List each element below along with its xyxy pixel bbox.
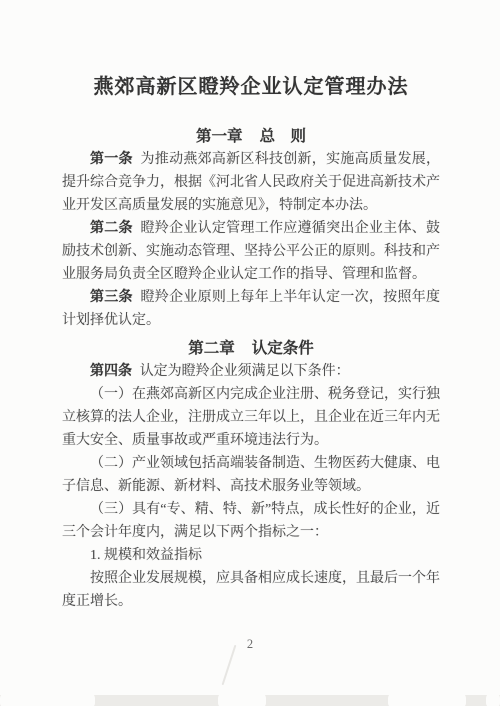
article-4: 第四条认定为瞪羚企业须满足以下条件： <box>62 360 440 383</box>
article-3-number: 第三条 <box>90 290 133 305</box>
chapter-2-name: 认定条件 <box>252 340 314 357</box>
scan-shadow-gap <box>486 693 500 706</box>
clause-3: （三）具有“专、精、特、新”特点，成长性好的企业，近三个会计年度内，满足以下两个… <box>62 498 440 544</box>
page-number: 2 <box>0 637 500 652</box>
chapter-1-number: 第一章 <box>196 128 243 145</box>
scan-shadow-gap <box>218 693 266 706</box>
article-3: 第三条瞪羚企业原则上每年上半年认定一次，按照年度计划择优认定。 <box>62 286 440 332</box>
document-title: 燕郊高新区瞪羚企业认定管理办法 <box>62 74 440 100</box>
article-2: 第二条瞪羚企业认定管理工作应遵循突出企业主体、鼓励技术创新、实施动态管理、坚持公… <box>62 217 440 286</box>
article-2-number: 第二条 <box>90 221 133 236</box>
chapter-heading-2: 第二章认定条件 <box>62 337 440 360</box>
scan-shadow-gap <box>388 693 466 706</box>
chapter-1-name: 总 则 <box>260 128 307 145</box>
indicator-text: 按照企业发展规模，应具备相应成长速度，且最后一个年度正增长。 <box>62 567 440 613</box>
clause-1: （一）在燕郊高新区内完成企业注册、税务登记，实行独立核算的法人企业，注册成立三年… <box>62 383 440 452</box>
article-1-number: 第一条 <box>90 152 133 167</box>
article-4-text: 认定为瞪羚企业须满足以下条件： <box>140 364 350 379</box>
chapter-2-number: 第二章 <box>188 340 235 357</box>
document-content: 燕郊高新区瞪羚企业认定管理办法 第一章总 则 第一条为推动燕郊高新区科技创新，实… <box>0 0 500 613</box>
article-4-number: 第四条 <box>90 364 132 379</box>
article-1: 第一条为推动燕郊高新区科技创新，实施高质量发展，提升综合竞争力，根据《河北省人民… <box>62 148 440 217</box>
scan-shadow-gap <box>0 693 95 706</box>
chapter-heading-1: 第一章总 则 <box>62 125 440 148</box>
clause-2: （二）产业领域包括高端装备制造、生物医药大健康、电子信息、新能源、新材料、高技术… <box>62 452 440 498</box>
scanned-document-page: 燕郊高新区瞪羚企业认定管理办法 第一章总 则 第一条为推动燕郊高新区科技创新，实… <box>0 0 500 706</box>
indicator-heading: 1. 规模和效益指标 <box>62 544 440 567</box>
